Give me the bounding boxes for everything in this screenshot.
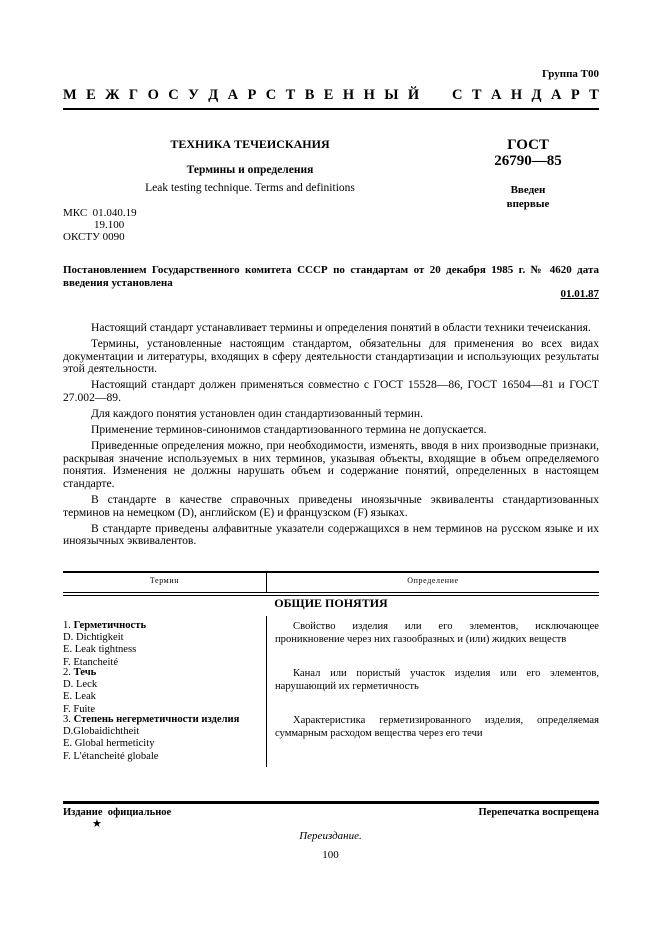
decree-text: Постановлением Государственного комитета… (63, 264, 599, 290)
standard-subtitle: Термины и определения (150, 164, 350, 176)
official-edition-label: Издание официальное (63, 807, 171, 818)
banner-letter: Ы (384, 87, 398, 104)
banner-letter: Д (208, 87, 218, 104)
term-entry: 3. Степень негерметичности изделияD.Glob… (63, 714, 263, 763)
banner-letter: Т (589, 87, 599, 104)
classification-codes: МКС 01.040.19 19.100 ОКСТУ 0090 (63, 207, 137, 243)
star-icon: ★ (92, 817, 102, 830)
banner-letter: А (551, 87, 561, 104)
header-rule (63, 108, 599, 110)
banner-letter: Е (86, 87, 96, 104)
banner-letter: С (452, 87, 462, 104)
banner-letter: Т (286, 87, 296, 104)
gost-designation: ГОСТ 26790—85 (488, 137, 568, 169)
term-equivalent-f: F. L'étancheité globale (63, 751, 263, 763)
banner-letter: Д (532, 87, 542, 104)
column-divider (266, 616, 267, 767)
banner-letter: А (491, 87, 501, 104)
gost-label: ГОСТ (488, 137, 568, 153)
okstu-code: ОКСТУ 0090 (63, 231, 137, 243)
banner-letter: Е (324, 87, 334, 104)
banner-letter: С (168, 87, 178, 104)
term-equivalent-d: D. Dichtigkeit (63, 632, 263, 644)
term-definition: Характеристика герметизированного издели… (275, 714, 599, 740)
banner-letter: С (266, 87, 276, 104)
gost-number: 26790—85 (488, 153, 568, 169)
term-definition: Свойство изделия или его элементов, искл… (275, 620, 599, 646)
term-title: 3. Степень негерметичности изделия (63, 714, 263, 726)
standard-title-english: Leak testing technique. Terms and defini… (130, 182, 370, 194)
term-entry: 1. ГерметичностьD. DichtigkeitE. Leak ti… (63, 620, 263, 669)
term-title: 1. Герметичность (63, 620, 263, 632)
footer-rule (63, 801, 599, 804)
body-paragraph: В стандарте приведены алфавитные указате… (63, 523, 599, 548)
banner-letter: В (305, 87, 315, 104)
term-definition: Канал или пористый участок изделия или е… (275, 667, 599, 693)
term-equivalent-d: D.Globaidichtheit (63, 726, 263, 738)
section-title: ОБЩИЕ ПОНЯТИЯ (63, 596, 599, 611)
banner-letter: О (148, 87, 159, 104)
banner-letter: Т (472, 87, 482, 104)
mks-code: МКС 01.040.19 (63, 207, 137, 219)
banner-letter: Р (571, 87, 580, 104)
body-text: Настоящий стандарт устанавливает термины… (63, 322, 599, 552)
group-code: Группа Т00 (542, 68, 599, 80)
banner-letter: Г (129, 87, 138, 104)
term-entry: 2. ТечьD. LeckE. LeakF. Fuite (63, 667, 263, 716)
term-equivalent-e: E. Global hermeticity (63, 738, 263, 750)
body-paragraph: Приведенные определения можно, при необх… (63, 440, 599, 490)
banner-letter: А (228, 87, 238, 104)
introduced-line-1: Введен (488, 183, 568, 197)
introduced-note: Введен впервые (488, 183, 568, 211)
term-title: 2. Течь (63, 667, 263, 679)
body-paragraph: Настоящий стандарт должен применяться со… (63, 379, 599, 404)
reissue-note: Переиздание. (0, 830, 661, 842)
body-paragraph: В стандарте в качестве справочных привед… (63, 494, 599, 519)
banner-letter: Ж (105, 87, 119, 104)
mks-code-second: 19.100 (63, 219, 137, 231)
table-header-rule (63, 592, 599, 593)
column-header-term: Термин (63, 576, 266, 585)
banner-letter: Н (343, 87, 354, 104)
term-equivalent-d: D. Leck (63, 679, 263, 691)
no-reprint-label: Перепечатка воспрещена (479, 807, 599, 818)
term-equivalent-e: E. Leak tightness (63, 644, 263, 656)
interstate-standard-banner: МЕЖГОСУДАРСТВЕННЫЙСТАНДАРТ (63, 87, 599, 104)
body-paragraph: Применение терминов-синонимов стандартиз… (63, 424, 599, 437)
column-header-definition: Определение (267, 576, 599, 585)
banner-letter: Н (511, 87, 522, 104)
body-paragraph: Настоящий стандарт устанавливает термины… (63, 322, 599, 335)
table-top-rule (63, 571, 599, 573)
body-paragraph: Для каждого понятия установлен один стан… (63, 408, 599, 421)
introduced-line-2: впервые (488, 197, 568, 211)
banner-letter: У (188, 87, 199, 104)
term-equivalent-e: E. Leak (63, 691, 263, 703)
banner-letter: Р (247, 87, 256, 104)
page-number: 100 (0, 849, 661, 861)
banner-letter: Н (364, 87, 375, 104)
banner-letter: Й (408, 87, 419, 104)
introduction-date: 01.01.87 (561, 288, 600, 300)
standard-title: ТЕХНИКА ТЕЧЕИСКАНИЯ (150, 137, 350, 152)
banner-gap (429, 87, 443, 104)
body-paragraph: Термины, установленные настоящим стандар… (63, 338, 599, 376)
banner-letter: М (63, 87, 77, 104)
